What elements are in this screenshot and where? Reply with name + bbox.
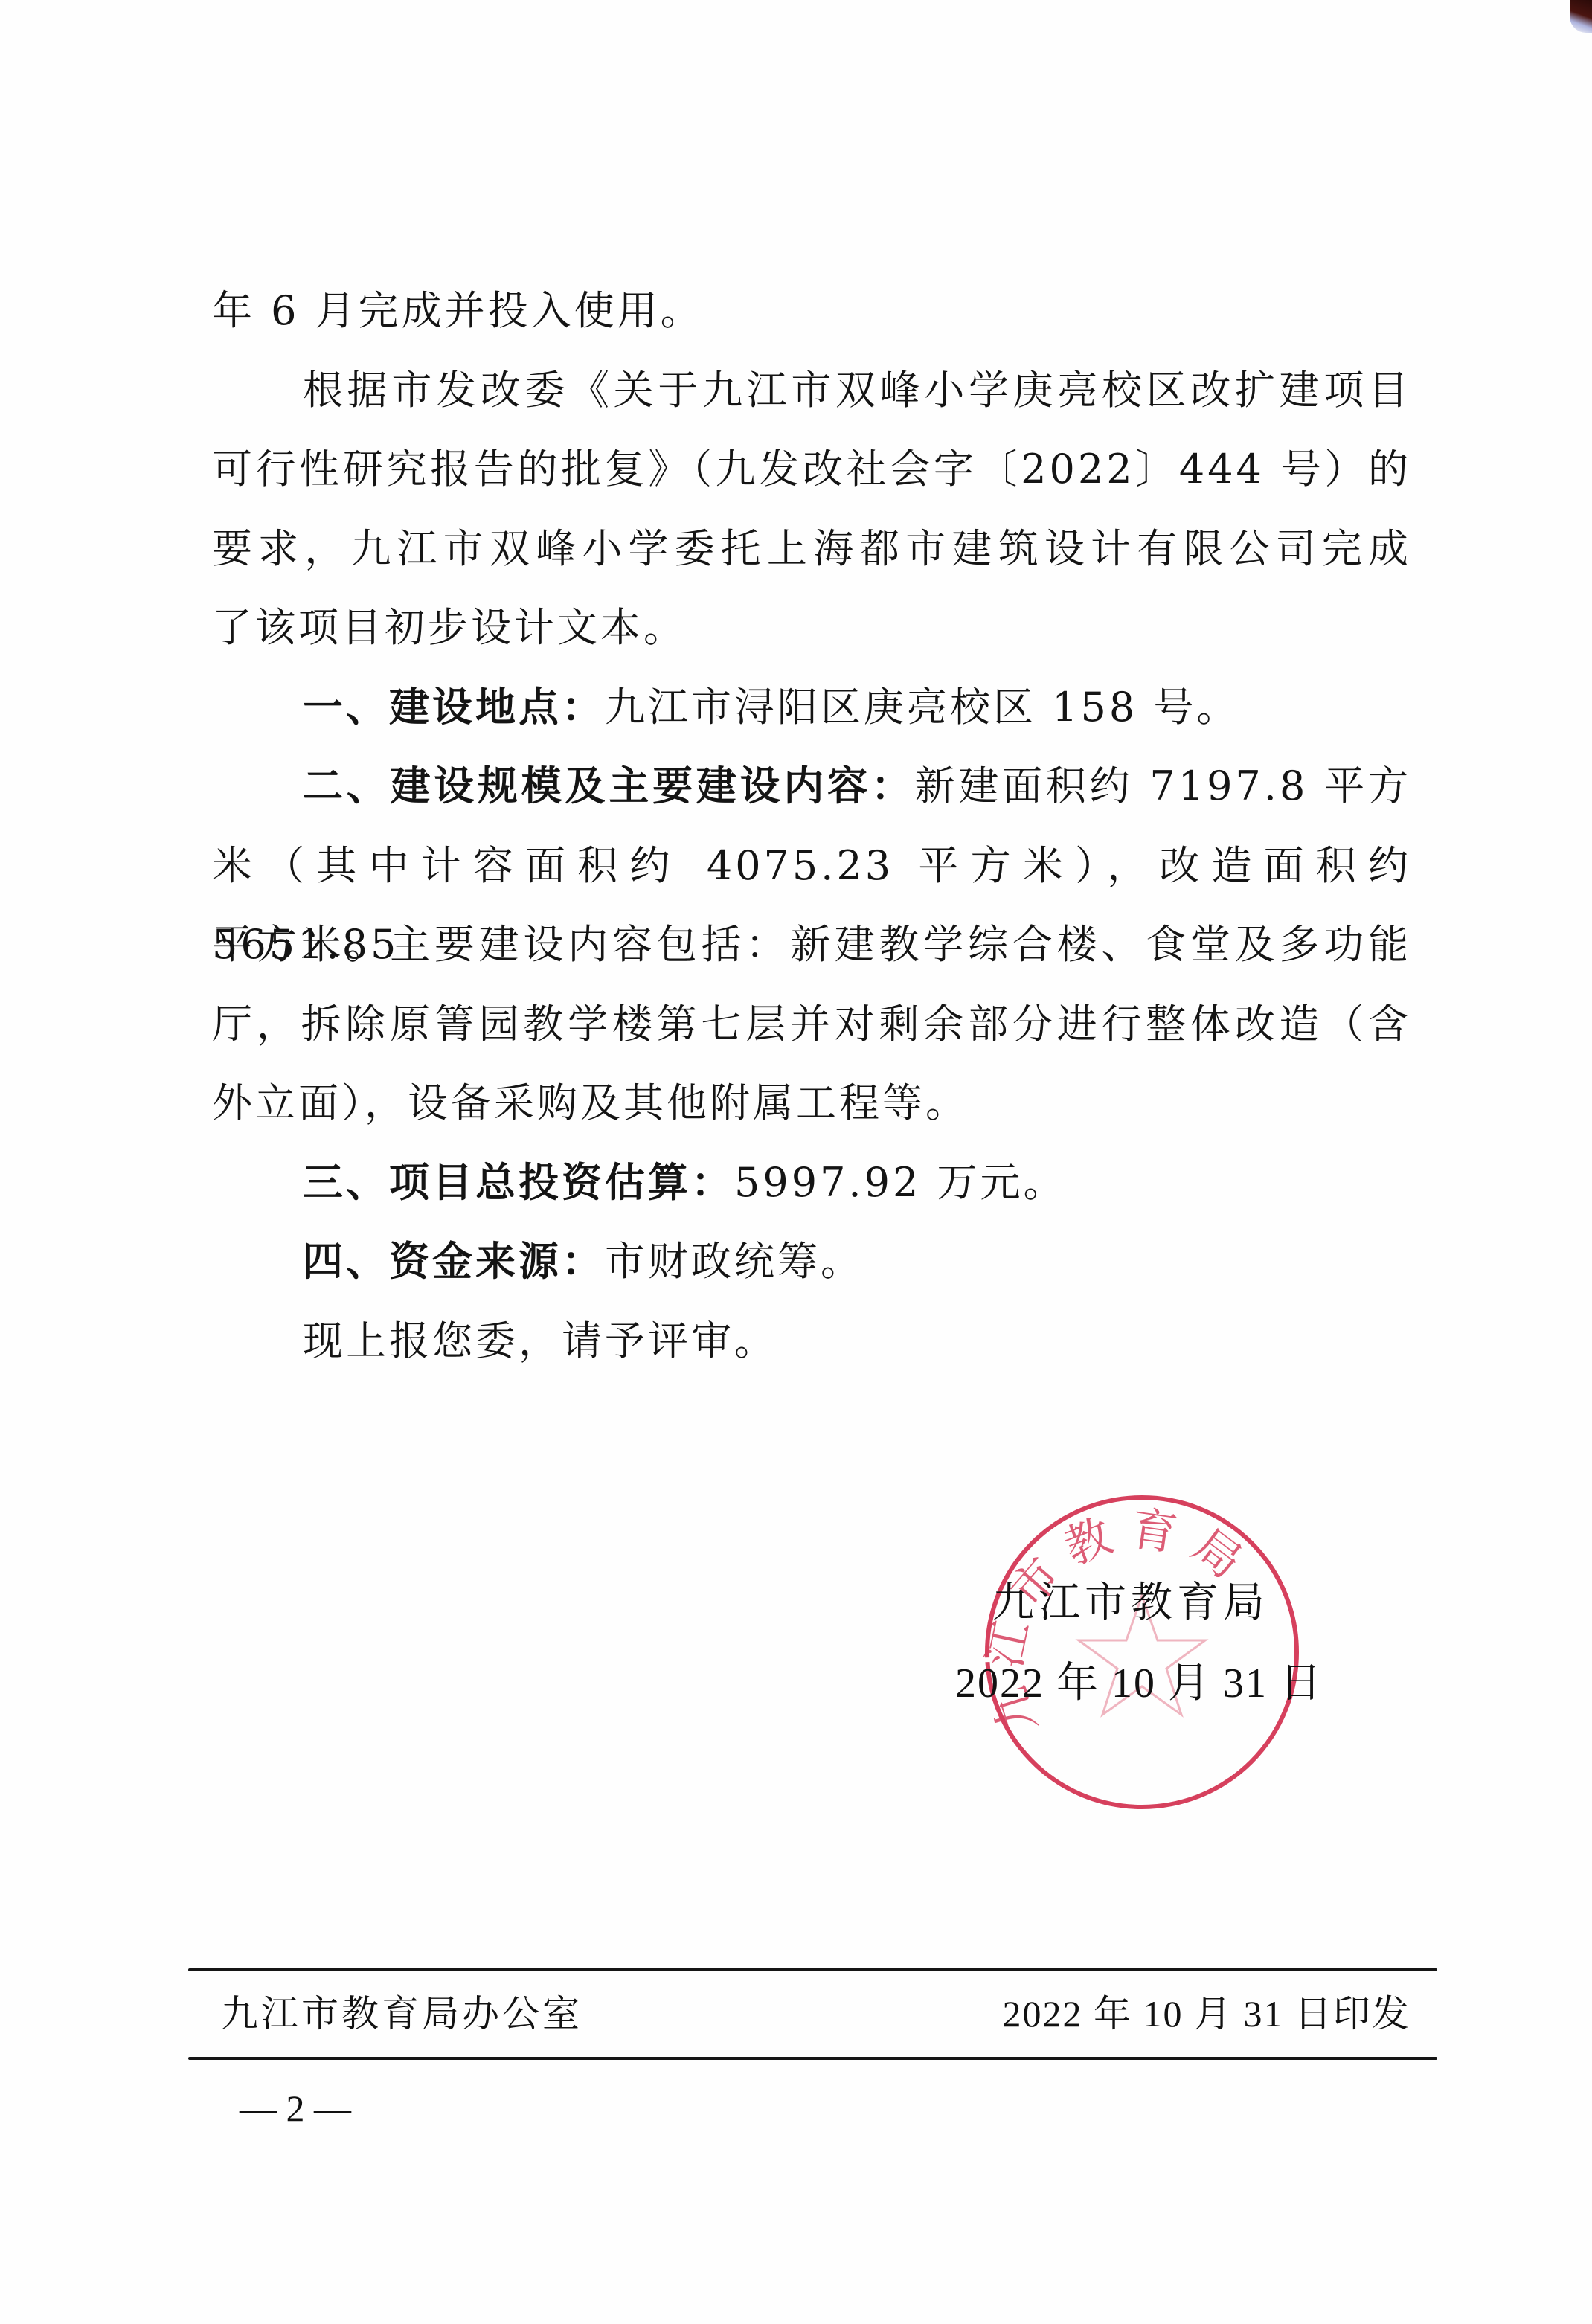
line-text: 根据市发改委《关于九江市双峰小学庚亮校区改扩建项目 [303,367,1411,414]
body-line-11: 外立面），设备采购及其他附属工程等。 [212,1064,1411,1143]
section-value: 5997.92 万元。 [734,1159,1066,1206]
page-number: — 2 — [240,2087,351,2129]
signing-organization: 九江市教育局 [992,1581,1269,1625]
line-text: 外立面），设备采购及其他附属工程等。 [212,1079,969,1126]
section-investment: 三、项目总投资估算：5997.92 万元。 [212,1143,1411,1223]
line-text: 年 6 月完成并投入使用。 [212,287,704,334]
signing-date: 2022 年 10 月 31 日 [955,1661,1323,1706]
body-line-3: 可行性研究报告的批复》（九发改社会字〔2022〕444 号）的 [212,430,1411,510]
section-heading: 三、项目总投资估算： [303,1159,734,1206]
section-value: 市财政统筹。 [605,1238,864,1285]
official-seal-stamp: 九江市教育局 [982,1492,1302,1813]
section-heading: 四、资金来源： [303,1238,605,1285]
footer-issue-date: 2022 年 10 月 31 日印发 [1003,1991,1411,2036]
line-text: 了该项目初步设计文本。 [212,604,687,651]
body-line-9: 平方米。主要建设内容包括：新建教学综合楼、食堂及多功能 [212,905,1411,985]
section-funding: 四、资金来源：市财政统筹。 [212,1222,1411,1302]
section-location: 一、建设地点：九江市浔阳区庚亮校区 158 号。 [212,668,1411,748]
line-text: 要求，九江市双峰小学委托上海都市建筑设计有限公司完成 [212,525,1411,572]
section-heading: 二、建设规模及主要建设内容： [303,763,915,809]
body-line-2: 根据市发改委《关于九江市双峰小学庚亮校区改扩建项目 [212,351,1411,431]
body-line-8: 米（其中计容面积约 4075.23 平方米），改造面积约 5651.85 [212,826,1411,906]
line-text: 现上报您委，请予评审。 [303,1317,777,1364]
line-text: 厅，拆除原箐园教学楼第七层并对剩余部分进行整体改造（含 [212,1001,1411,1047]
line-text: 可行性研究报告的批复》（九发改社会字〔2022〕444 号）的 [212,446,1411,492]
section-heading: 一、建设地点： [303,684,605,731]
footer-bottom-rule [188,2057,1437,2060]
footer-top-rule [188,1968,1437,1971]
body-line-10: 厅，拆除原箐园教学楼第七层并对剩余部分进行整体改造（含 [212,985,1411,1065]
footer-issuer: 九江市教育局办公室 [221,1991,582,2036]
line-text: 平方米。主要建设内容包括：新建教学综合楼、食堂及多功能 [212,921,1411,968]
section-scale: 二、建设规模及主要建设内容：新建面积约 7197.8 平方 [212,747,1411,826]
body-line-4: 要求，九江市双峰小学委托上海都市建筑设计有限公司完成 [212,510,1411,589]
closing-request: 现上报您委，请予评审。 [212,1302,1411,1381]
document-body: 年 6 月完成并投入使用。 根据市发改委《关于九江市双峰小学庚亮校区改扩建项目 … [212,272,1411,1381]
scan-edge-artifact [1570,0,1592,33]
section-value: 九江市浔阳区庚亮校区 158 号。 [605,684,1239,731]
body-line-1: 年 6 月完成并投入使用。 [212,272,1411,351]
section-value: 新建面积约 7197.8 平方 [915,763,1411,809]
body-line-5: 了该项目初步设计文本。 [212,588,1411,668]
